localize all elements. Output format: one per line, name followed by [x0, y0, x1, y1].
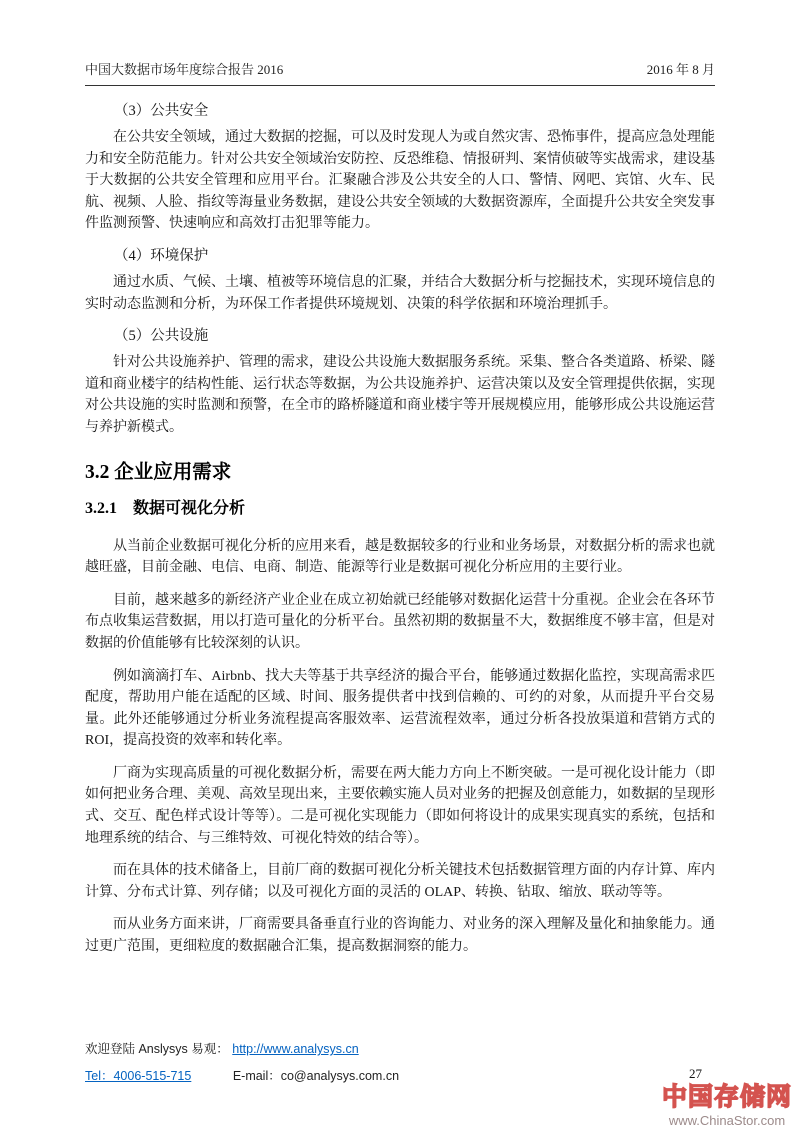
footer-welcome-line: 欢迎登陆 Anslysys 易观： http://www.analysys.cn	[85, 1039, 715, 1057]
section-heading-enterprise-demand: 3.2 企业应用需求	[85, 460, 715, 485]
header-report-title: 中国大数据市场年度综合报告 2016	[85, 59, 283, 78]
footer-contact-line: Tel：4006-515-715 E-mail：co@analysys.com.…	[85, 1066, 715, 1084]
page-footer: 欢迎登陆 Anslysys 易观： http://www.analysys.cn…	[85, 1039, 715, 1084]
paragraph-vendor-capabilities: 厂商为实现高质量的可视化数据分析，需要在两大能力方向上不断突破。一是可视化设计能…	[85, 763, 715, 849]
paragraph-public-facilities: 针对公共设施养护、管理的需求，建设公共设施大数据服务系统。采集、整合各类道路、桥…	[85, 352, 715, 438]
document-body: （3）公共安全 在公共安全领域，通过大数据的挖掘，可以及时发现人为或自然灾害、恐…	[85, 95, 715, 969]
paragraph-technical-reserve: 而在具体的技术储备上，目前厂商的数据可视化分析关键技术包括数据管理方面的内存计算…	[85, 860, 715, 903]
footer-site-link[interactable]: http://www.analysys.cn	[232, 1042, 358, 1056]
subsection-heading-public-safety: （3）公共安全	[85, 101, 715, 122]
footer-email: E-mail：co@analysys.com.cn	[233, 1069, 399, 1083]
chinastor-logo: 中国存储网	[662, 1084, 792, 1112]
paragraph-visualization-industries: 从当前企业数据可视化分析的应用来看，越是数据较多的行业和业务场景，对数据分析的需…	[85, 536, 715, 579]
page-header: 中国大数据市场年度综合报告 2016 2016 年 8 月	[85, 59, 715, 86]
chinastor-url: www.ChinaStor.com	[662, 1114, 792, 1128]
paragraph-environment: 通过水质、气候、土壤、植被等环境信息的汇聚，并结合大数据分析与挖掘技术，实现环境…	[85, 272, 715, 315]
paragraph-sharing-economy-examples: 例如滴滴打车、Airbnb、找大夫等基于共享经济的撮合平台，能够通过数据化监控，…	[85, 666, 715, 752]
subsection-heading-public-facilities: （5）公共设施	[85, 326, 715, 347]
header-date: 2016 年 8 月	[647, 59, 715, 78]
footer-welcome-text: 欢迎登陆 Anslysys 易观：	[85, 1042, 229, 1056]
footer-tel-link[interactable]: Tel：4006-515-715	[85, 1069, 191, 1083]
subsection-heading-data-visualization: 3.2.1 数据可视化分析	[85, 498, 715, 519]
chinastor-watermark: 中国存储网 www.ChinaStor.com	[662, 1084, 792, 1128]
report-page: 中国大数据市场年度综合报告 2016 2016 年 8 月 （3）公共安全 在公…	[0, 0, 800, 1131]
page-number: 27	[689, 1066, 702, 1082]
subsection-heading-environment: （4）环境保护	[85, 246, 715, 267]
paragraph-new-economy: 目前，越来越多的新经济产业企业在成立初始就已经能够对数据化运营十分重视。企业会在…	[85, 590, 715, 655]
paragraph-business-consulting: 而从业务方面来讲，厂商需要具备垂直行业的咨询能力、对业务的深入理解及量化和抽象能…	[85, 914, 715, 957]
paragraph-public-safety: 在公共安全领域，通过大数据的挖掘，可以及时发现人为或自然灾害、恐怖事件，提高应急…	[85, 127, 715, 235]
